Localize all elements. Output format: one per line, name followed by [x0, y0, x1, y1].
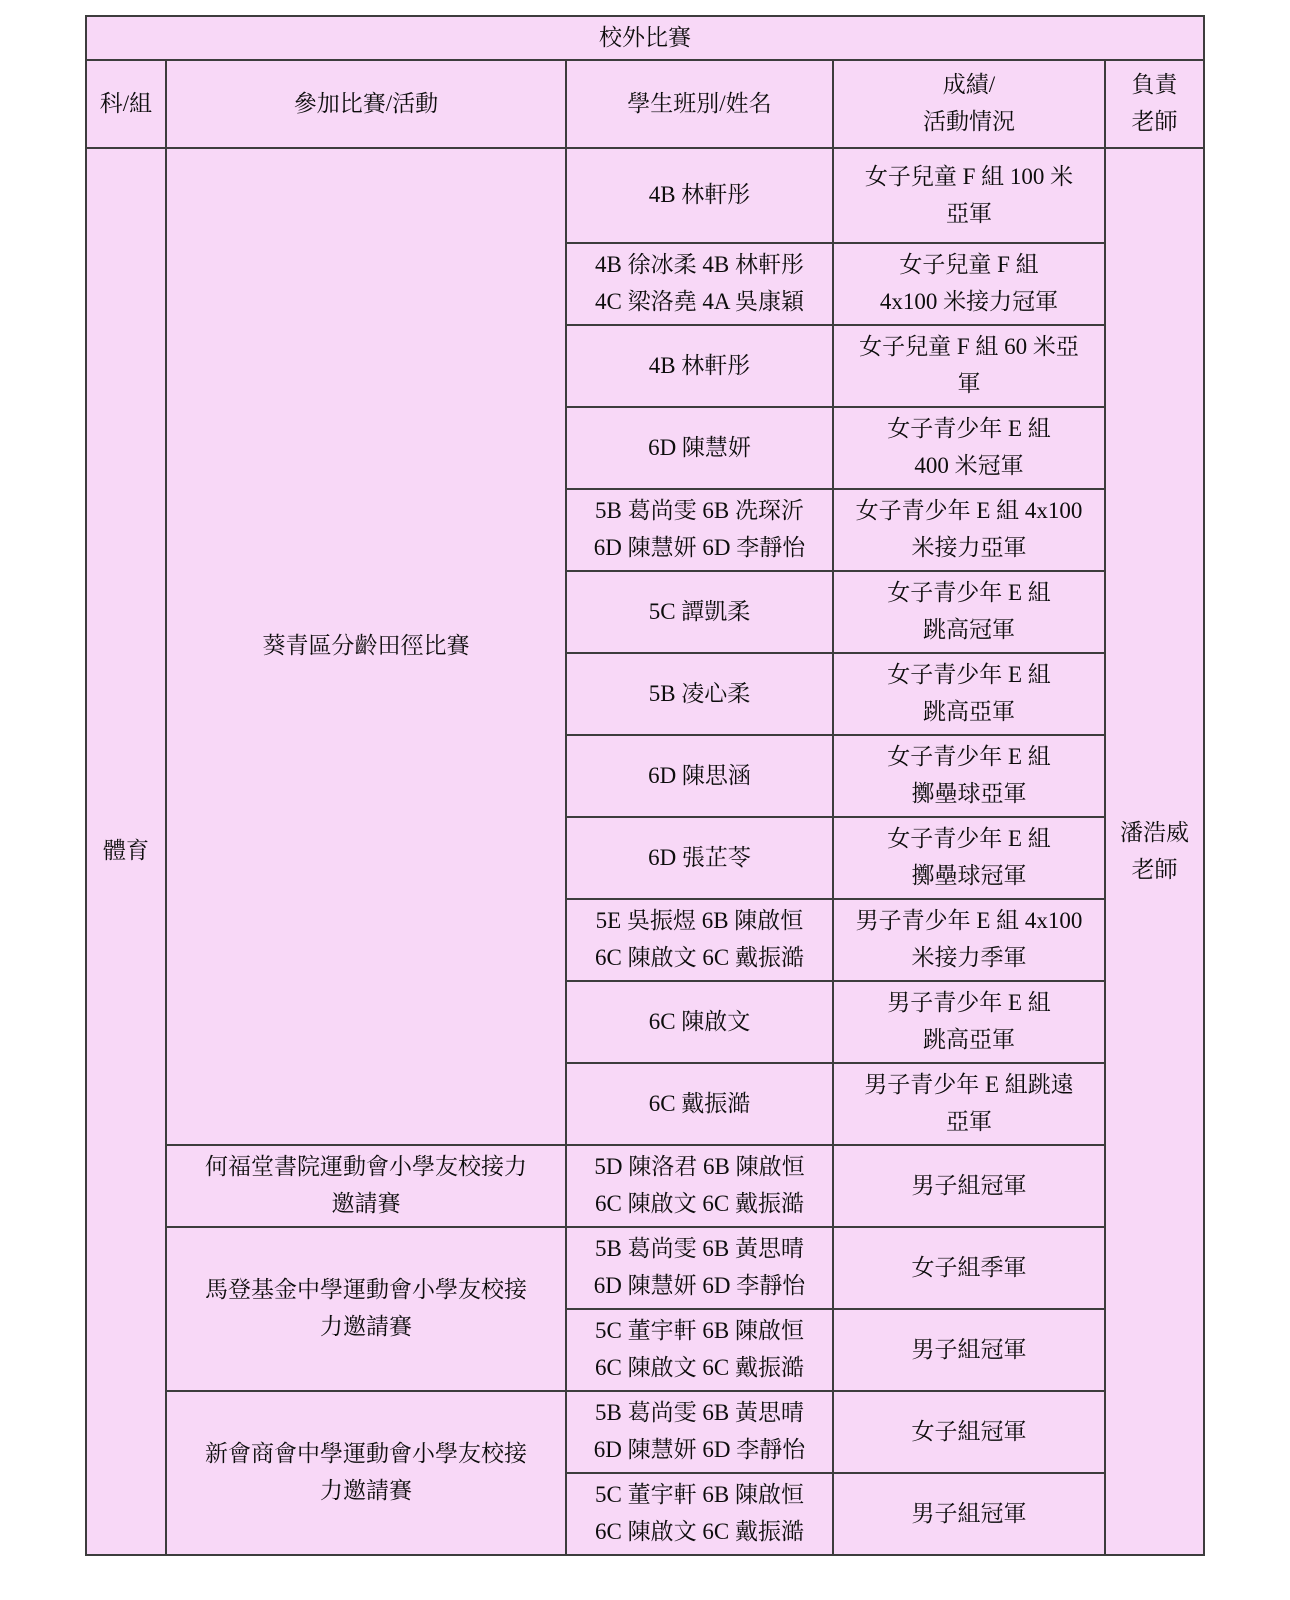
header-teacher: 負責 老師 [1105, 60, 1204, 148]
students-cell: 6D 張芷苓 [566, 817, 833, 899]
result-cell: 女子兒童 F 組 60 米亞 軍 [833, 325, 1105, 407]
result-cell: 女子青少年 E 組 400 米冠軍 [833, 407, 1105, 489]
students-cell: 5E 吳振煜 6B 陳啟恒 6C 陳啟文 6C 戴振澔 [566, 899, 833, 981]
group-cell: 體育 [86, 148, 166, 1555]
result-cell: 女子青少年 E 組 跳高冠軍 [833, 571, 1105, 653]
header-students: 學生班別/姓名 [566, 60, 833, 148]
result-cell: 男子組冠軍 [833, 1473, 1105, 1555]
students-cell: 6D 陳思涵 [566, 735, 833, 817]
students-cell: 4B 林軒彤 [566, 325, 833, 407]
event-cell: 何福堂書院運動會小學友校接力 邀請賽 [166, 1145, 566, 1227]
students-cell: 5C 譚凱柔 [566, 571, 833, 653]
students-cell: 5B 葛尚雯 6B 黃思晴 6D 陳慧妍 6D 李靜怡 [566, 1227, 833, 1309]
students-cell: 6C 陳啟文 [566, 981, 833, 1063]
table-title: 校外比賽 [86, 16, 1204, 60]
result-cell: 女子組冠軍 [833, 1391, 1105, 1473]
event-cell: 馬登基金中學運動會小學友校接 力邀請賽 [166, 1227, 566, 1391]
result-cell: 男子青少年 E 組 跳高亞軍 [833, 981, 1105, 1063]
event-cell: 葵青區分齡田徑比賽 [166, 148, 566, 1145]
header-group: 科/組 [86, 60, 166, 148]
students-cell: 5B 葛尚雯 6B 黃思晴 6D 陳慧妍 6D 李靜怡 [566, 1391, 833, 1473]
result-cell: 女子兒童 F 組 4x100 米接力冠軍 [833, 243, 1105, 325]
students-cell: 5B 凌心柔 [566, 653, 833, 735]
result-cell: 女子青少年 E 組 擲壘球冠軍 [833, 817, 1105, 899]
students-cell: 5B 葛尚雯 6B 冼琛沂 6D 陳慧妍 6D 李靜怡 [566, 489, 833, 571]
result-cell: 女子組季軍 [833, 1227, 1105, 1309]
header-activity: 參加比賽/活動 [166, 60, 566, 148]
result-cell: 女子青少年 E 組 擲壘球亞軍 [833, 735, 1105, 817]
teacher-cell: 潘浩威 老師 [1105, 148, 1204, 1555]
event-cell: 新會商會中學運動會小學友校接 力邀請賽 [166, 1391, 566, 1555]
result-cell: 男子青少年 E 組跳遠 亞軍 [833, 1063, 1105, 1145]
result-cell: 男子組冠軍 [833, 1145, 1105, 1227]
students-cell: 6C 戴振澔 [566, 1063, 833, 1145]
document-page: { "table": { "title": "校外比賽", "colors": … [0, 0, 1290, 1600]
result-cell: 男子青少年 E 組 4x100 米接力季軍 [833, 899, 1105, 981]
result-cell: 男子組冠軍 [833, 1309, 1105, 1391]
students-cell: 5C 董宇軒 6B 陳啟恒 6C 陳啟文 6C 戴振澔 [566, 1309, 833, 1391]
students-cell: 4B 林軒彤 [566, 148, 833, 243]
students-cell: 6D 陳慧妍 [566, 407, 833, 489]
header-result: 成績/ 活動情況 [833, 60, 1105, 148]
students-cell: 5D 陳洛君 6B 陳啟恒 6C 陳啟文 6C 戴振澔 [566, 1145, 833, 1227]
students-cell: 5C 董宇軒 6B 陳啟恒 6C 陳啟文 6C 戴振澔 [566, 1473, 833, 1555]
students-cell: 4B 徐冰柔 4B 林軒彤 4C 梁洛堯 4A 吳康穎 [566, 243, 833, 325]
result-cell: 女子青少年 E 組 跳高亞軍 [833, 653, 1105, 735]
external-competitions-table: 校外比賽 科/組 參加比賽/活動 學生班別/姓名 成績/ 活動情況 負責 老師 … [85, 15, 1205, 1556]
result-cell: 女子青少年 E 組 4x100 米接力亞軍 [833, 489, 1105, 571]
result-cell: 女子兒童 F 組 100 米 亞軍 [833, 148, 1105, 243]
